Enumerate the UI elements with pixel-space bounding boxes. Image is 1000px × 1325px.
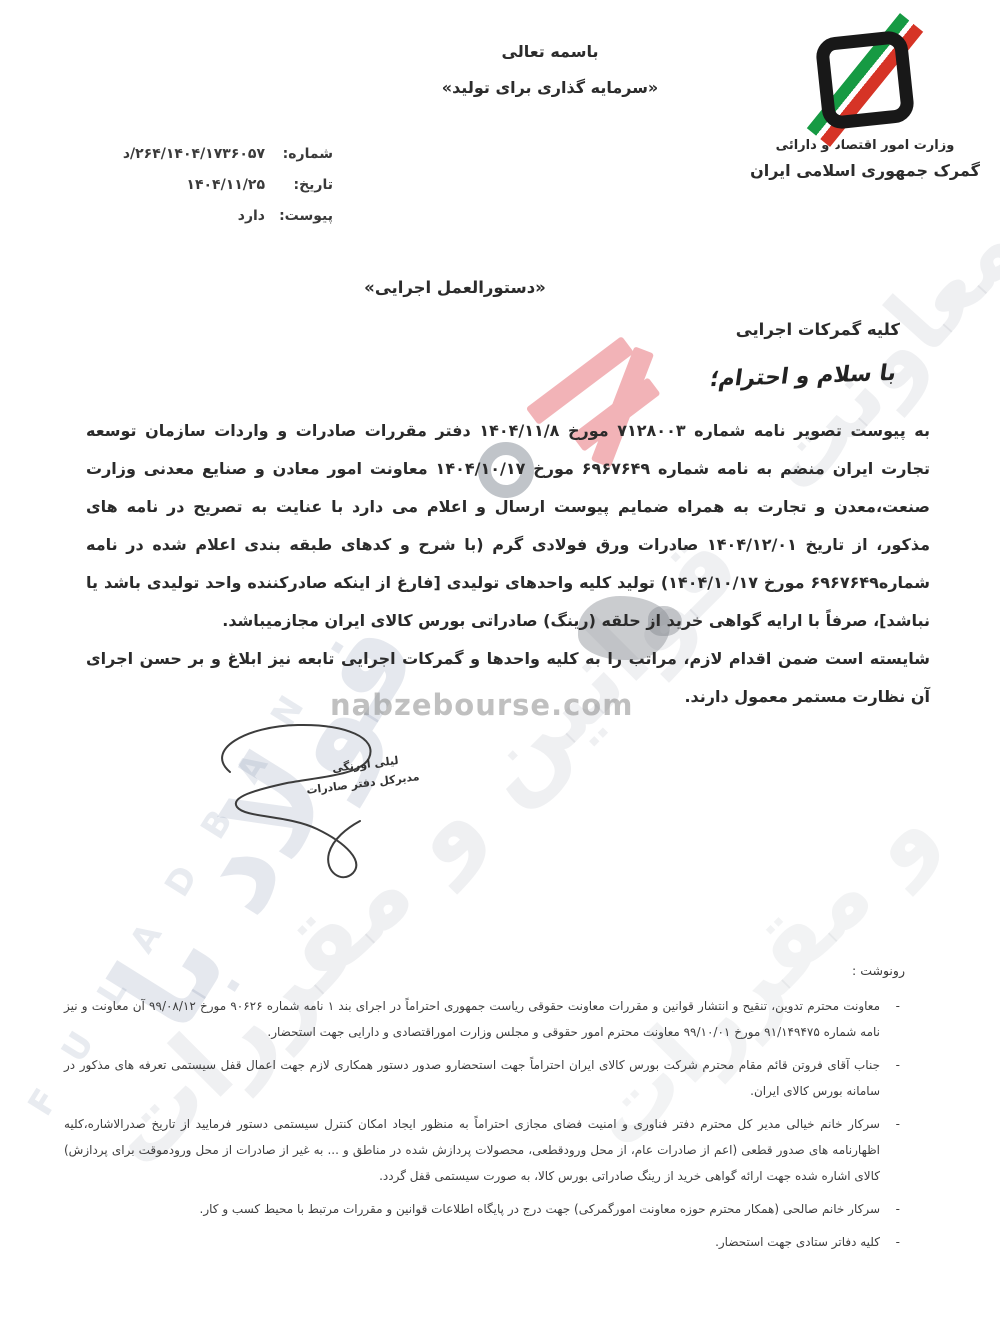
cc-item: - معاونت محترم تدوین، تنقیح و انتشار قوا… [64, 993, 902, 1045]
dash-bullet-icon: - [896, 993, 900, 1019]
salutation-line: با سلام و احترام؛ [708, 361, 898, 393]
cc-item: - جناب آقای فروتن قائم مقام محترم شرکت ب… [64, 1052, 902, 1104]
slogan-line: «سرمایه گذاری برای تولید» [330, 78, 770, 97]
body-paragraph-2: شایسته است ضمن اقدام لازم، مراتب را به ک… [86, 640, 930, 716]
dash-bullet-icon: - [896, 1196, 900, 1222]
ref-number-label: شماره: [275, 146, 333, 162]
recipient-line: کلیه گمرکات اجرایی [736, 320, 900, 339]
ref-date-value: ۱۴۰۴/۱۱/۲۵ [186, 177, 265, 193]
cc-item-text: کلیه دفاتر ستادی جهت استحضار. [715, 1235, 880, 1249]
cc-item: - سرکار خانم خیالی مدیر کل محترم دفتر فن… [64, 1111, 902, 1189]
signature-stroke-icon [160, 720, 470, 890]
org-block: وزارت امور اقتصاد و دارائی گمرک جمهوری ا… [745, 34, 985, 180]
cc-item-text: سرکار خانم خیالی مدیر کل محترم دفتر فناو… [64, 1117, 880, 1183]
letter-content: باسمه تعالی «سرمایه گذاری برای تولید» وز… [0, 0, 1000, 1325]
cc-item: - سرکار خانم صالحی (همکار محترم حوزه معا… [64, 1196, 902, 1222]
dash-bullet-icon: - [896, 1052, 900, 1078]
body-paragraph-1: به پیوست تصویر نامه شماره ۷۱۲۸۰۰۳ مورخ ۱… [86, 412, 930, 640]
ref-date-label: تاریخ: [275, 177, 333, 193]
dash-bullet-icon: - [896, 1111, 900, 1137]
customs-name: گمرک جمهوری اسلامی ایران [745, 161, 985, 180]
cc-label: رونوشت : [852, 963, 905, 978]
cc-list: - معاونت محترم تدوین، تنقیح و انتشار قوا… [64, 993, 902, 1262]
ref-attachment-value: دارد [238, 208, 265, 224]
ref-date-row: تاریخ: ۱۴۰۴/۱۱/۲۵ [108, 177, 333, 193]
ministry-name: وزارت امور اقتصاد و دارائی [745, 138, 985, 153]
cc-item: - کلیه دفاتر ستادی جهت استحضار. [64, 1229, 902, 1255]
bismillah-line: باسمه تعالی [330, 42, 770, 61]
doc-type-title: «دستورالعمل اجرایی» [280, 278, 630, 297]
cc-item-text: سرکار خانم صالحی (همکار محترم حوزه معاون… [200, 1202, 880, 1216]
letter-header: باسمه تعالی «سرمایه گذاری برای تولید» [330, 42, 770, 97]
ref-attachment-row: پیوست: دارد [108, 208, 333, 224]
ref-attachment-label: پیوست: [275, 208, 333, 224]
letter-page: معاونت قوانین و مقررات و مقررات فولاد با… [0, 0, 1000, 1325]
dash-bullet-icon: - [896, 1229, 900, 1255]
logo-square-icon [814, 29, 915, 130]
cc-item-text: جناب آقای فروتن قائم مقام محترم شرکت بور… [64, 1058, 880, 1098]
letter-body: به پیوست تصویر نامه شماره ۷۱۲۸۰۰۳ مورخ ۱… [86, 412, 930, 716]
customs-logo-icon [814, 29, 915, 130]
ref-number-row: شماره: ۲۶۴/۱۴۰۴/۱۷۳۶۰۵۷/د [108, 146, 333, 162]
signature-block: لیلی اورنگی مدیرکل دفتر صادرات [160, 720, 470, 890]
reference-fields: شماره: ۲۶۴/۱۴۰۴/۱۷۳۶۰۵۷/د تاریخ: ۱۴۰۴/۱۱… [108, 146, 333, 239]
ref-number-value: ۲۶۴/۱۴۰۴/۱۷۳۶۰۵۷/د [123, 146, 265, 162]
cc-item-text: معاونت محترم تدوین، تنقیح و انتشار قوانی… [64, 999, 880, 1039]
